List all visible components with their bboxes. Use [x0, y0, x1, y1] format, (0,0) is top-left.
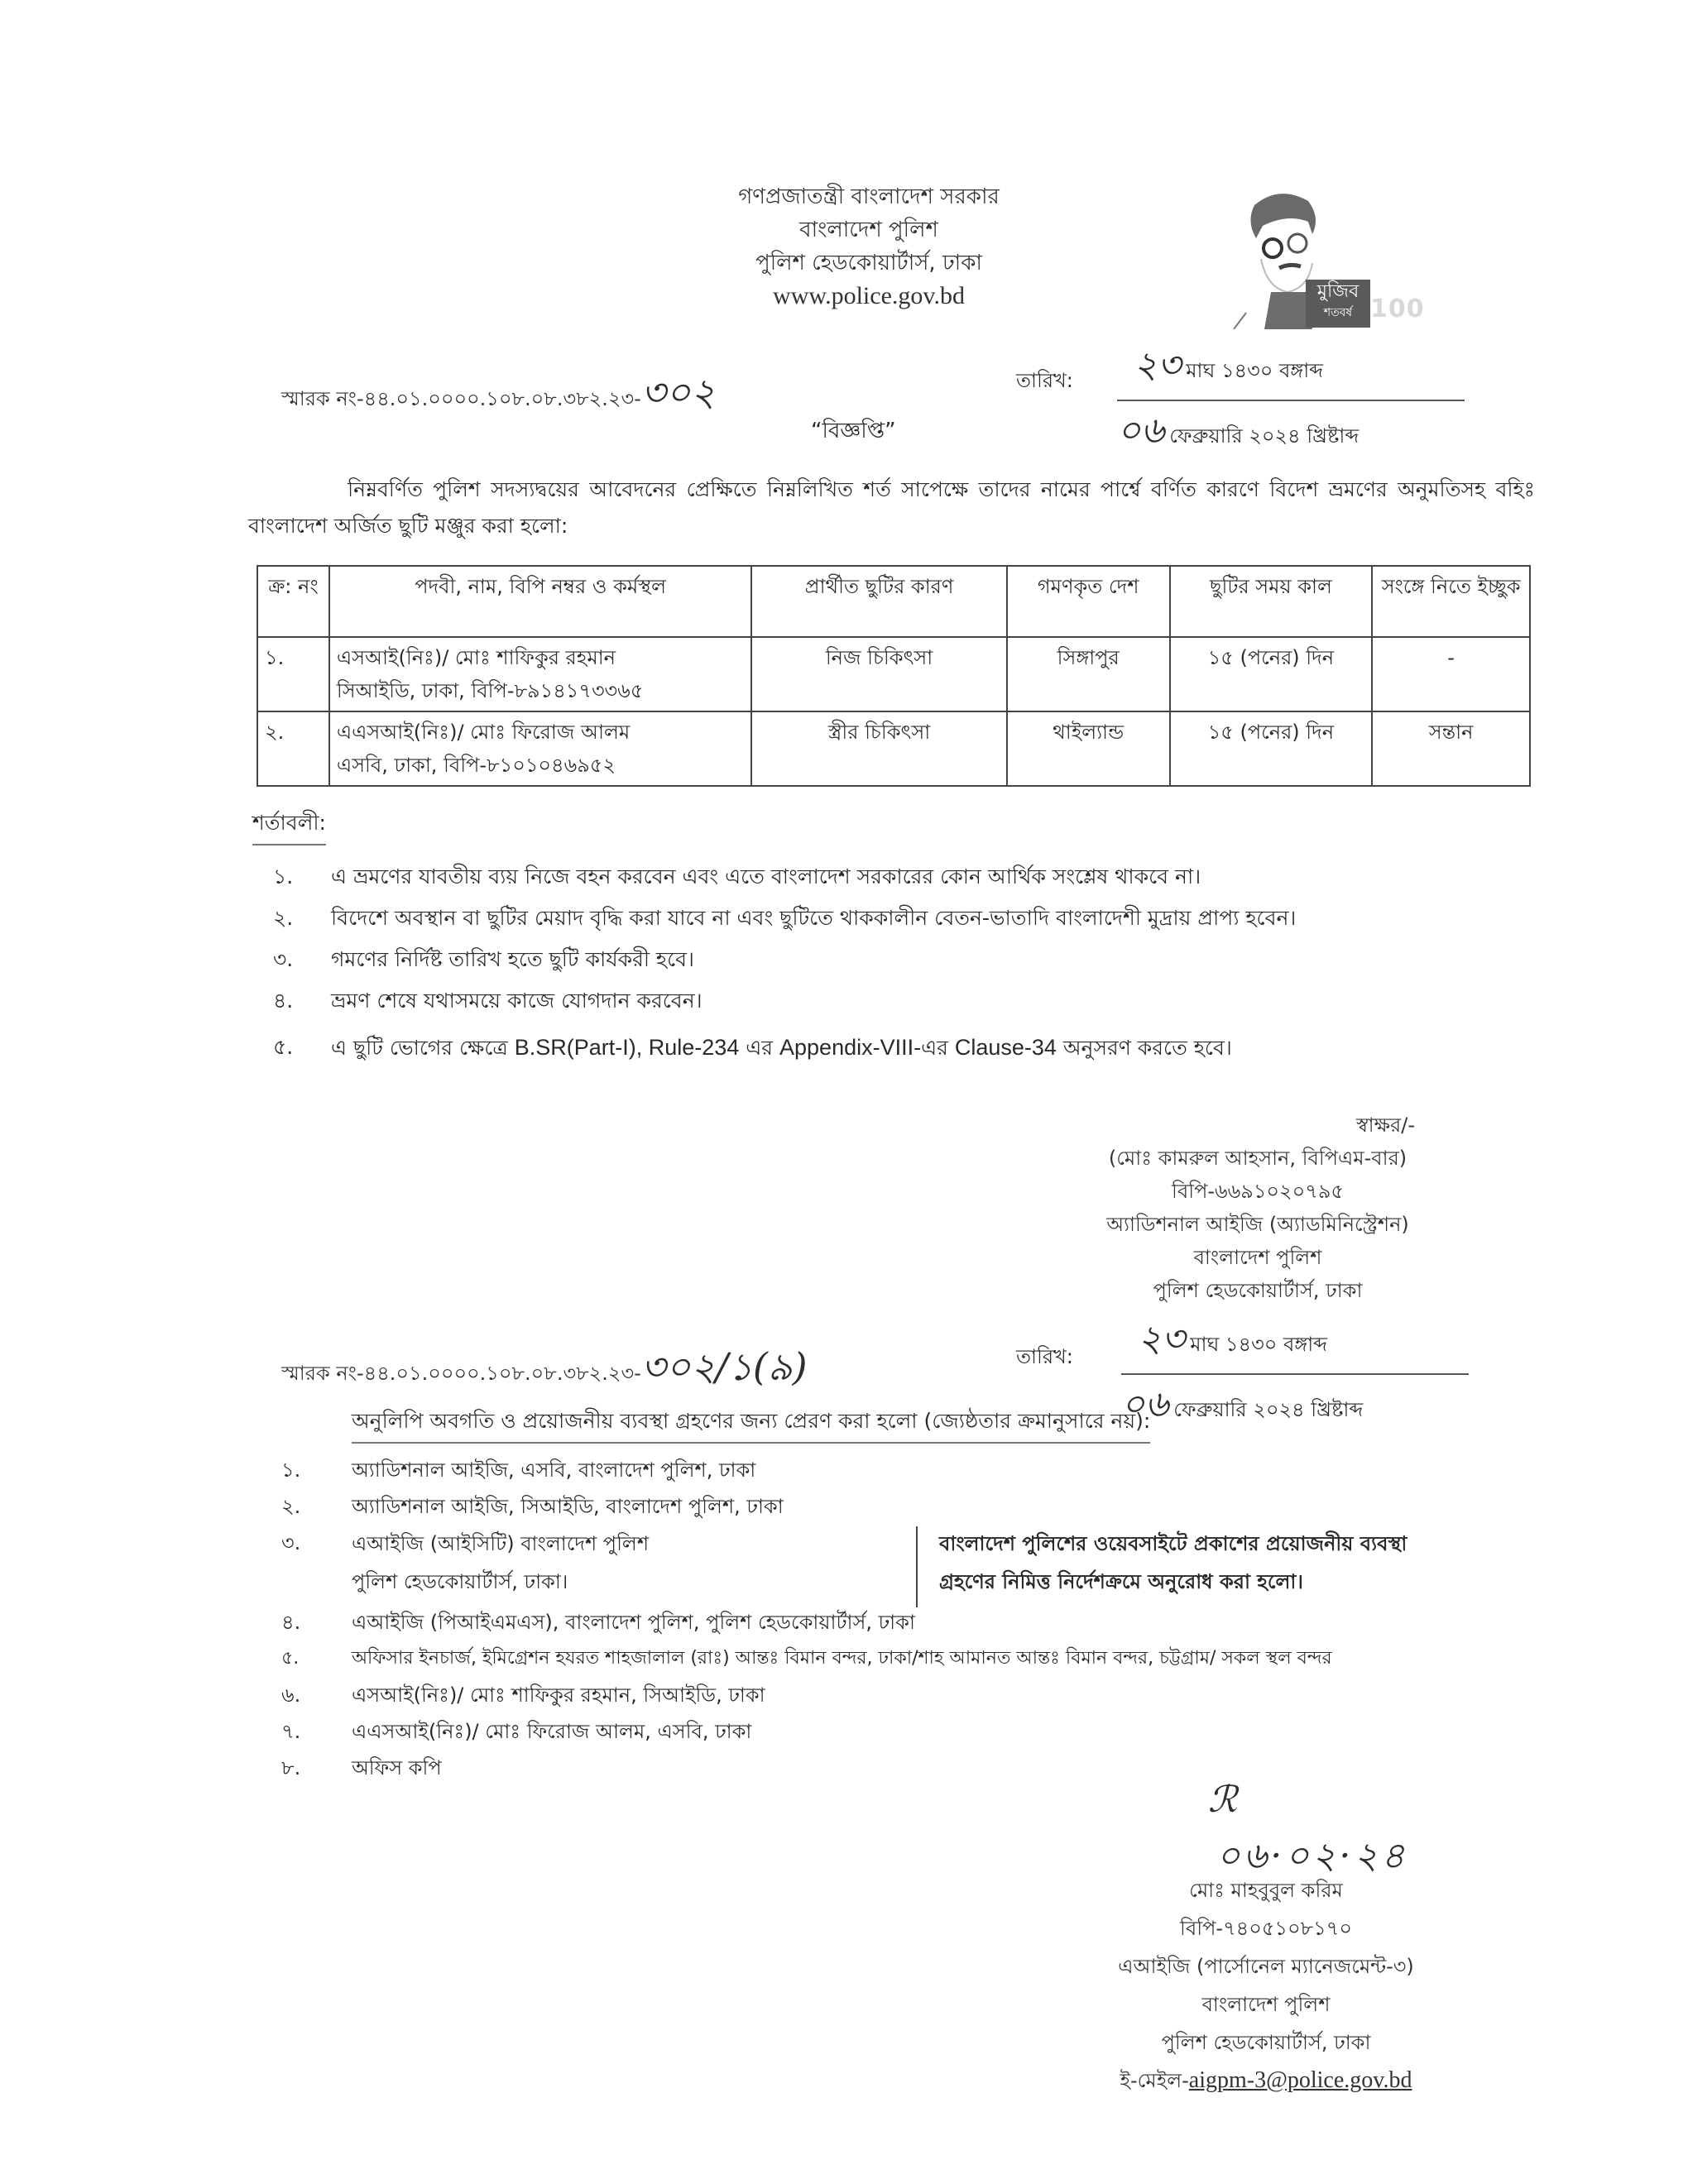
col-reason: প্রার্থীত ছুটির কারণ	[751, 566, 1007, 637]
signatory-block-2: মোঃ মাহবুবুল করিম বিপি-৭৪০৫১০৮১৭০ এআইজি …	[1026, 1871, 1506, 2100]
mujib-borsho-logo: মুজিব শতবর্ষ 100	[1223, 189, 1430, 329]
cell-companion: সন্তান	[1372, 711, 1530, 786]
copy-item: ৩. এআইজি (আইসিটি) বাংলাদেশ পুলিশ পুলিশ হ…	[281, 1525, 1523, 1604]
org-name: বাংলাদেশ পুলিশ	[629, 213, 1109, 247]
date-label: তারিখ:	[1016, 1342, 1073, 1375]
website-publish-note: বাংলাদেশ পুলিশের ওয়েবসাইটে প্রকাশের প্র…	[939, 1525, 1407, 1601]
copy-item: ২.অ্যাডিশনাল আইজি, সিআইডি, বাংলাদেশ পুলি…	[281, 1488, 1523, 1525]
bangla-date: মাঘ ১৪৩০ বঙ্গাব্দ	[1190, 1333, 1327, 1356]
cell-serial: ১.	[257, 637, 329, 711]
copy-item: ১.অ্যাডিশনাল আইজি, এসবি, বাংলাদেশ পুলিশ,…	[281, 1452, 1523, 1488]
notice-title: “বিজ্ঞপ্তি”	[811, 414, 896, 450]
handwritten-memo-no: ৩০২/১(৯)	[641, 1344, 808, 1389]
col-duration: ছুটির সময় কাল	[1170, 566, 1373, 637]
col-country: গমণকৃত দেশ	[1007, 566, 1170, 637]
signed-mark: স্বাক্ষর/-	[1009, 1109, 1506, 1142]
cell-duration: ১৫ (পনের) দিন	[1170, 637, 1373, 711]
copy-item: ৪.এআইজি (পিআইএমএস), বাংলাদেশ পুলিশ, পুলি…	[281, 1604, 1523, 1640]
cell-duration: ১৫ (পনের) দিন	[1170, 711, 1373, 786]
cell-country: থাইল্যান্ড	[1007, 711, 1170, 786]
leave-table: ক্র: নং পদবী, নাম, বিপি নম্বর ও কর্মস্থল…	[257, 565, 1531, 787]
logo-number: 100	[1370, 295, 1425, 323]
signatory-email: ই-মেইল-aigpm-3@police.gov.bd	[1026, 2062, 1506, 2100]
bangla-date: মাঘ ১৪৩০ বঙ্গাব্দ	[1186, 359, 1323, 382]
signatory-name: (মোঃ কামরুল আহসান, বিপিএম-বার)	[1009, 1142, 1506, 1175]
memo-number-2: স্মারক নং-৪৪.০১.০০০০.১০৮.০৮.৩৮২.২৩-৩০২/১…	[281, 1339, 808, 1401]
logo-badge: মুজিব শতবর্ষ	[1306, 280, 1370, 328]
govt-name: গণপ্রজাতন্ত্রী বাংলাদেশ সরকার	[629, 180, 1109, 213]
cell-country: সিঙ্গাপুর	[1007, 637, 1170, 711]
cell-reason: স্ত্রীর চিকিৎসা	[751, 711, 1007, 786]
english-day: ০৬	[1117, 409, 1164, 452]
col-name: পদবী, নাম, বিপি নম্বর ও কর্মস্থল	[329, 566, 751, 637]
office-name: পুলিশ হেডকোয়ার্টার্স, ঢাকা	[629, 247, 1109, 280]
copy-item: ৬.এসআই(নিঃ)/ মোঃ শাফিকুর রহমান, সিআইডি, …	[281, 1677, 1523, 1713]
date-divider	[1117, 400, 1465, 401]
signatory-name: মোঃ মাহবুবুল করিম	[1026, 1871, 1506, 1909]
copy-item: ৮.অফিস কপি	[281, 1750, 1523, 1786]
condition-item: ৫. এ ছুটি ভোগের ক্ষেত্রে B.SR(Part-I), R…	[273, 1027, 1514, 1068]
handwritten-signature: ℛ	[1208, 1779, 1237, 1821]
bangla-day: ২৩	[1134, 344, 1181, 386]
condition-item: ১.এ ভ্রমণের যাবতীয় ব্যয় নিজে বহন করবেন…	[273, 856, 1514, 898]
condition-item: ৩.গমণের নির্দিষ্ট তারিখ হতে ছুটি কার্যকর…	[273, 939, 1514, 980]
col-serial: ক্র: নং	[257, 566, 329, 637]
table-row: ১. এসআই(নিঃ)/ মোঃ শাফিকুর রহমানসিআইডি, ঢ…	[257, 637, 1530, 711]
signatory-designation: অ্যাডিশনাল আইজি (অ্যাডমিনিস্ট্রেশন)	[1009, 1208, 1506, 1241]
email-link[interactable]: aigpm-3@police.gov.bd	[1189, 2067, 1412, 2093]
cell-name: এএসআই(নিঃ)/ মোঃ ফিরোজ আলমএসবি, ঢাকা, বিপ…	[329, 711, 751, 786]
date-block: ২৩মাঘ ১৪৩০ বঙ্গাব্দ ০৬ফেব্রুয়ারি ২০২৪ খ…	[1117, 338, 1465, 463]
signatory-block-1: স্বাক্ষর/- (মোঃ কামরুল আহসান, বিপিএম-বার…	[1009, 1109, 1506, 1307]
signatory-bp: বিপি-৬৬৯১০২০৭৯৫	[1009, 1175, 1506, 1208]
col-companion: সংঙ্গে নিতে ইচ্ছুক	[1372, 566, 1530, 637]
website-link[interactable]: www.police.gov.bd	[629, 280, 1109, 313]
conditions-title: শর্তাবলী:	[252, 807, 326, 845]
condition-item: ২.বিদেশে অবস্থান বা ছুটির মেয়াদ বৃদ্ধি …	[273, 898, 1514, 939]
signatory-bp: বিপি-৭৪০৫১০৮১৭০	[1026, 1909, 1506, 1947]
copy-list: ১.অ্যাডিশনাল আইজি, এসবি, বাংলাদেশ পুলিশ,…	[281, 1452, 1523, 1786]
bangla-day: ২৩	[1138, 1318, 1185, 1360]
signatory-org: বাংলাদেশ পুলিশ	[1026, 1985, 1506, 2024]
letterhead: গণপ্রজাতন্ত্রী বাংলাদেশ সরকার বাংলাদেশ প…	[629, 180, 1109, 313]
divider-line	[916, 1526, 918, 1607]
date-block-2: ২৩মাঘ ১৪৩০ বঙ্গাব্দ ০৬ফেব্রুয়ারি ২০২৪ খ…	[1121, 1311, 1469, 1437]
signatory-office: পুলিশ হেডকোয়ার্টার্স, ঢাকা	[1026, 2024, 1506, 2062]
handwritten-memo-no: ৩০২	[641, 370, 716, 414]
signatory-office: পুলিশ হেডকোয়ার্টার্স, ঢাকা	[1009, 1274, 1506, 1307]
table-row: ২. এএসআই(নিঃ)/ মোঃ ফিরোজ আলমএসবি, ঢাকা, …	[257, 711, 1530, 786]
copy-distribution-title: অনুলিপি অবগতি ও প্রয়োজনীয় ব্যবস্থা গ্র…	[352, 1405, 1150, 1444]
cell-companion: -	[1372, 637, 1530, 711]
date-divider	[1121, 1373, 1469, 1375]
copy-item: ৫.অফিসার ইনচার্জ, ইমিগ্রেশন হযরত শাহজালা…	[281, 1640, 1523, 1677]
signatory-org: বাংলাদেশ পুলিশ	[1009, 1241, 1506, 1274]
cell-reason: নিজ চিকিৎসা	[751, 637, 1007, 711]
cell-name: এসআই(নিঃ)/ মোঃ শাফিকুর রহমানসিআইডি, ঢাকা…	[329, 637, 751, 711]
memo-number: স্মারক নং-৪৪.০১.০০০০.১০৮.০৮.৩৮২.২৩-৩০২	[281, 364, 715, 427]
conditions-list: ১.এ ভ্রমণের যাবতীয় ব্যয় নিজে বহন করবেন…	[273, 856, 1514, 1068]
intro-paragraph: নিম্নবর্ণিত পুলিশ সদস্যদ্বয়ের আবেদনের প…	[248, 472, 1535, 544]
condition-item: ৪.ভ্রমণ শেষে যথাসময়ে কাজে যোগদান করবেন।	[273, 980, 1514, 1022]
english-date: ফেব্রুয়ারি ২০২৪ খ্রিষ্টাব্দ	[1169, 424, 1359, 448]
signatory-designation: এআইজি (পার্সোনেল ম্যানেজমেন্ট-৩)	[1026, 1947, 1506, 1985]
table-header-row: ক্র: নং পদবী, নাম, বিপি নম্বর ও কর্মস্থল…	[257, 566, 1530, 637]
english-date: ফেব্রুয়ারি ২০২৪ খ্রিষ্টাব্দ	[1173, 1398, 1363, 1421]
date-label: তারিখ:	[1016, 366, 1073, 399]
cell-serial: ২.	[257, 711, 329, 786]
copy-item: ৭.এএসআই(নিঃ)/ মোঃ ফিরোজ আলম, এসবি, ঢাকা	[281, 1713, 1523, 1750]
